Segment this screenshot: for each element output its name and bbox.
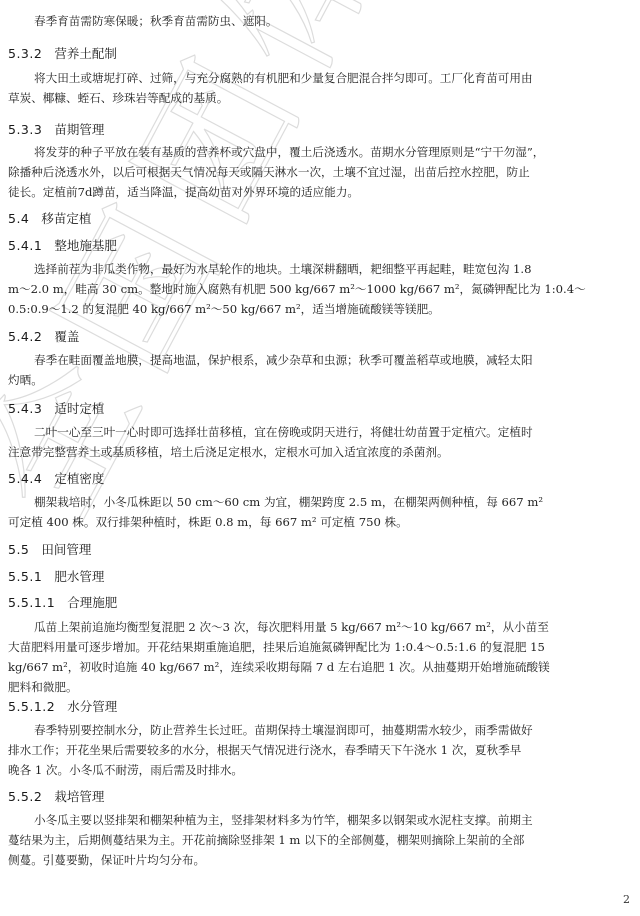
section-number: 5.4.4 bbox=[8, 471, 42, 486]
section-title: 定植密度 bbox=[54, 471, 104, 486]
text-line: 草炭、椰糠、蛭石、珍珠岩等配成的基质。 bbox=[8, 88, 632, 108]
text-line: 小冬瓜主要以竖排架和棚架种植为主，竖排架材料多为竹竿，棚架多以钢架或水泥柱支撑。… bbox=[8, 810, 632, 830]
text-line: 大苗肥料用量可逐步增加。开花结果期重施追肥，挂果后追施氮磷钾配比为 1:0.4～… bbox=[8, 637, 632, 657]
section-title: 营养土配制 bbox=[54, 46, 117, 61]
heading-5-4-3: 5.4.3适时定植 bbox=[8, 399, 104, 417]
section-title: 苗期管理 bbox=[54, 122, 104, 137]
text-line: 春季在畦面覆盖地膜，提高地温，保护根系，减少杂草和虫源；秋季可覆盖稻草或地膜，减… bbox=[8, 350, 632, 370]
heading-5-5-1-2: 5.5.1.2水分管理 bbox=[8, 697, 117, 715]
section-title: 整地施基肥 bbox=[54, 238, 117, 253]
text-line: 除播种后浇透水外，以后可根据天气情况每天或隔天淋水一次，土壤不宜过湿，出苗后控水… bbox=[8, 162, 632, 182]
section-title: 栽培管理 bbox=[54, 789, 104, 804]
section-title: 覆盖 bbox=[54, 329, 79, 344]
section-number: 5.5 bbox=[8, 542, 29, 557]
heading-5-3-3: 5.3.3苗期管理 bbox=[8, 120, 104, 138]
heading-5-4-1: 5.4.1整地施基肥 bbox=[8, 236, 117, 254]
section-number: 5.5.2 bbox=[8, 789, 42, 804]
text-line: 0.5:0.9～1.2 的复混肥 40 kg/667 m²～50 kg/667 … bbox=[8, 299, 632, 319]
text-line: 春季育苗需防寒保暖；秋季育苗需防虫、遮阳。 bbox=[8, 11, 632, 31]
text-line: 注意带完整营养土或基质移植，培土后浇足定根水，定根水可加入适宜浓度的杀菌剂。 bbox=[8, 442, 632, 462]
page-number: 2 bbox=[623, 893, 630, 906]
paragraph-timely-planting: 二叶一心至三叶一心时即可选择壮苗移植，宜在傍晚或阴天进行，将健壮幼苗置于定植穴。… bbox=[8, 422, 632, 462]
heading-5-5-1-1: 5.5.1.1合理施肥 bbox=[8, 593, 117, 611]
text-line: 侧蔓。引蔓要勤，保证叶片均匀分布。 bbox=[8, 850, 632, 870]
section-number: 5.4.2 bbox=[8, 329, 42, 344]
section-title: 移苗定植 bbox=[41, 211, 91, 226]
heading-5-4-4: 5.4.4定植密度 bbox=[8, 469, 104, 487]
paragraph-seedling-management: 将发芽的种子平放在装有基质的营养杯或穴盘中，覆土后浇透水。苗期水分管理原则是“宁… bbox=[8, 142, 632, 202]
heading-5-5: 5.5田间管理 bbox=[8, 540, 91, 558]
paragraph-nutrient-soil: 将大田土或塘坭打碎、过筛，与充分腐熟的有机肥和少量复合肥混合拌匀即可。工厂化育苗… bbox=[8, 68, 632, 108]
section-number: 5.4.3 bbox=[8, 401, 42, 416]
section-title: 田间管理 bbox=[41, 542, 91, 557]
section-number: 5.5.1.1 bbox=[8, 595, 55, 610]
section-number: 5.4 bbox=[8, 211, 29, 226]
paragraph-soil-preparation: 选择前茬为非瓜类作物，最好为水旱轮作的地块。土壤深耕翻晒，耙细整平再起畦，畦宽包… bbox=[8, 259, 632, 319]
text-line: 可定植 400 株。双行排架种植时，株距 0.8 m，每 667 m² 可定植 … bbox=[8, 512, 632, 532]
text-line: 春季特别要控制水分，防止营养生长过旺。苗期保持土壤湿润即可，抽蔓期需水较少，雨季… bbox=[8, 720, 632, 740]
text-line: 灼晒。 bbox=[8, 370, 632, 390]
text-line: 选择前茬为非瓜类作物，最好为水旱轮作的地块。土壤深耕翻晒，耙细整平再起畦，畦宽包… bbox=[8, 259, 632, 279]
heading-5-4-2: 5.4.2覆盖 bbox=[8, 327, 79, 345]
section-number: 5.4.1 bbox=[8, 238, 42, 253]
paragraph-seedling-protection: 春季育苗需防寒保暖；秋季育苗需防虫、遮阳。 bbox=[8, 11, 632, 31]
section-number: 5.3.3 bbox=[8, 122, 42, 137]
text-line: 将大田土或塘坭打碎、过筛，与充分腐熟的有机肥和少量复合肥混合拌匀即可。工厂化育苗… bbox=[8, 68, 632, 88]
paragraph-fertilization: 瓜苗上架前追施均衡型复混肥 2 次～3 次，每次肥料用量 5 kg/667 m²… bbox=[8, 617, 632, 697]
section-title: 合理施肥 bbox=[67, 595, 117, 610]
text-line: m～2.0 m，畦高 30 cm。整地时施入腐熟有机肥 500 kg/667 m… bbox=[8, 279, 632, 299]
paragraph-water-management: 春季特别要控制水分，防止营养生长过旺。苗期保持土壤湿润即可，抽蔓期需水较少，雨季… bbox=[8, 720, 632, 780]
text-line: 晚各 1 次。小冬瓜不耐涝，雨后需及时排水。 bbox=[8, 760, 632, 780]
heading-5-4: 5.4移苗定植 bbox=[8, 209, 91, 227]
heading-5-3-2: 5.3.2营养土配制 bbox=[8, 44, 117, 62]
section-title: 水分管理 bbox=[67, 699, 117, 714]
text-line: 肥料和微肥。 bbox=[8, 677, 632, 697]
text-line: 瓜苗上架前追施均衡型复混肥 2 次～3 次，每次肥料用量 5 kg/667 m²… bbox=[8, 617, 632, 637]
heading-5-5-1: 5.5.1肥水管理 bbox=[8, 567, 104, 585]
text-line: kg/667 m²，初收时追施 40 kg/667 m²，连续采收期每隔 7 d… bbox=[8, 657, 632, 677]
text-line: 二叶一心至三叶一心时即可选择壮苗移植，宜在傍晚或阴天进行，将健壮幼苗置于定植穴。… bbox=[8, 422, 632, 442]
text-line: 棚架栽培时，小冬瓜株距以 50 cm～60 cm 为宜，棚架跨度 2.5 m，在… bbox=[8, 492, 632, 512]
section-title: 肥水管理 bbox=[54, 569, 104, 584]
text-line: 将发芽的种子平放在装有基质的营养杯或穴盘中，覆土后浇透水。苗期水分管理原则是“宁… bbox=[8, 142, 632, 162]
section-number: 5.5.1 bbox=[8, 569, 42, 584]
paragraph-mulching: 春季在畦面覆盖地膜，提高地温，保护根系，减少杂草和虫源；秋季可覆盖稻草或地膜，减… bbox=[8, 350, 632, 390]
heading-5-5-2: 5.5.2栽培管理 bbox=[8, 787, 104, 805]
section-number: 5.5.1.2 bbox=[8, 699, 55, 714]
text-line: 徒长。定植前7d蹲苗，适当降温，提高幼苗对外界环境的适应能力。 bbox=[8, 182, 632, 202]
paragraph-planting-density: 棚架栽培时，小冬瓜株距以 50 cm～60 cm 为宜，棚架跨度 2.5 m，在… bbox=[8, 492, 632, 532]
section-number: 5.3.2 bbox=[8, 46, 42, 61]
text-line: 蔓结果为主，后期侧蔓结果为主。开花前摘除竖排架 1 m 以下的全部侧蔓，棚架则摘… bbox=[8, 830, 632, 850]
document-page: 春季育苗需防寒保暖；秋季育苗需防虫、遮阳。 5.3.2营养土配制 将大田土或塘坭… bbox=[0, 0, 640, 916]
section-title: 适时定植 bbox=[54, 401, 104, 416]
paragraph-cultivation-management: 小冬瓜主要以竖排架和棚架种植为主，竖排架材料多为竹竿，棚架多以钢架或水泥柱支撑。… bbox=[8, 810, 632, 870]
text-line: 排水工作；开花坐果后需要较多的水分，根据天气情况进行浇水，春季晴天下午浇水 1 … bbox=[8, 740, 632, 760]
